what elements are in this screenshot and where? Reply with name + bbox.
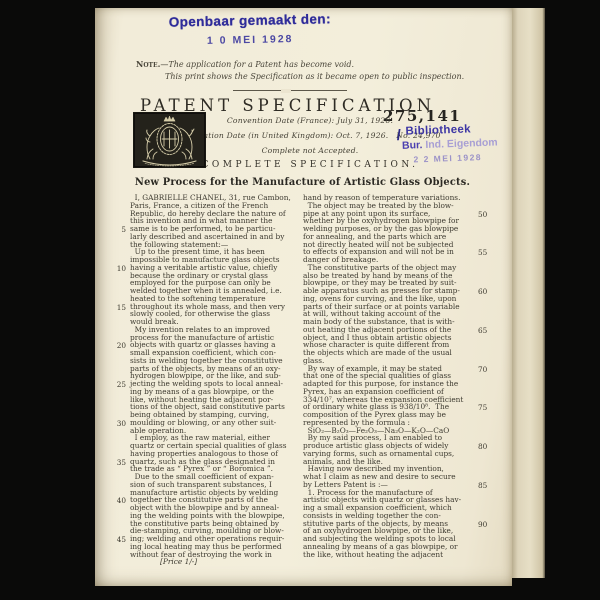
scanned-document: Openbaar gemaakt den: 1 0 MEI 1928 Note.…	[0, 0, 600, 600]
line-number: 30	[112, 419, 126, 428]
body-column-right: hand by reason of temperature variations…	[303, 194, 476, 558]
application-date: Application Date (in United Kingdom): Oc…	[178, 131, 428, 140]
line-number: 70	[478, 365, 492, 374]
line-number: 10	[112, 264, 126, 273]
royal-coat-of-arms-icon	[133, 112, 206, 168]
stamp-slash: /	[396, 127, 401, 144]
acceptance-status: Complete not Accepted.	[200, 146, 420, 155]
note-label: Note.	[136, 59, 160, 69]
price-note: [Price 1/-]	[160, 557, 197, 566]
line-number: 80	[478, 442, 492, 451]
line-number: 65	[478, 326, 492, 335]
invention-title: New Process for the Manufacture of Artis…	[95, 177, 510, 188]
line-number: 15	[112, 303, 126, 312]
divider-rule	[233, 90, 347, 91]
line-number: 90	[478, 520, 492, 529]
line-number: 60	[478, 287, 492, 296]
note-line-2: This print shows the Specification as it…	[136, 71, 466, 83]
body-column-left: I, GABRIELLE CHANEL, 31, rue Cambon,Pari…	[130, 194, 303, 558]
line-number: 5	[112, 225, 126, 234]
text-line: the objects which are made of the usual	[303, 349, 476, 357]
line-number: 45	[112, 535, 126, 544]
line-number: 75	[478, 403, 492, 412]
page-edge-strip	[512, 8, 545, 578]
note-line-1: —The application for a Patent has become…	[160, 60, 354, 69]
line-number: 35	[112, 458, 126, 467]
library-stamp-line1: Bibliotheek	[398, 122, 508, 138]
text-line: without fear of destroying the work in	[130, 551, 303, 559]
library-stamp: / Bibliotheek Bur. Ind. Eigendom 2 2 MEI…	[398, 122, 509, 165]
void-note: Note.—The application for a Patent has b…	[136, 59, 466, 82]
line-number: 85	[478, 481, 492, 490]
line-number: 55	[478, 248, 492, 257]
line-number: 50	[478, 210, 492, 219]
line-number: 40	[112, 496, 126, 505]
stamp-text: Openbaar gemaakt den:	[160, 11, 340, 30]
library-stamp-line2: Bur. Ind. Eigendom	[399, 136, 509, 152]
convention-date: Convention Date (France): July 31, 1926.	[200, 116, 420, 125]
text-line: the like, without heating the adjacent	[303, 551, 476, 559]
public-date-stamp: Openbaar gemaakt den: 1 0 MEI 1928	[160, 11, 341, 48]
line-number: 25	[112, 380, 126, 389]
line-number: 20	[112, 341, 126, 350]
